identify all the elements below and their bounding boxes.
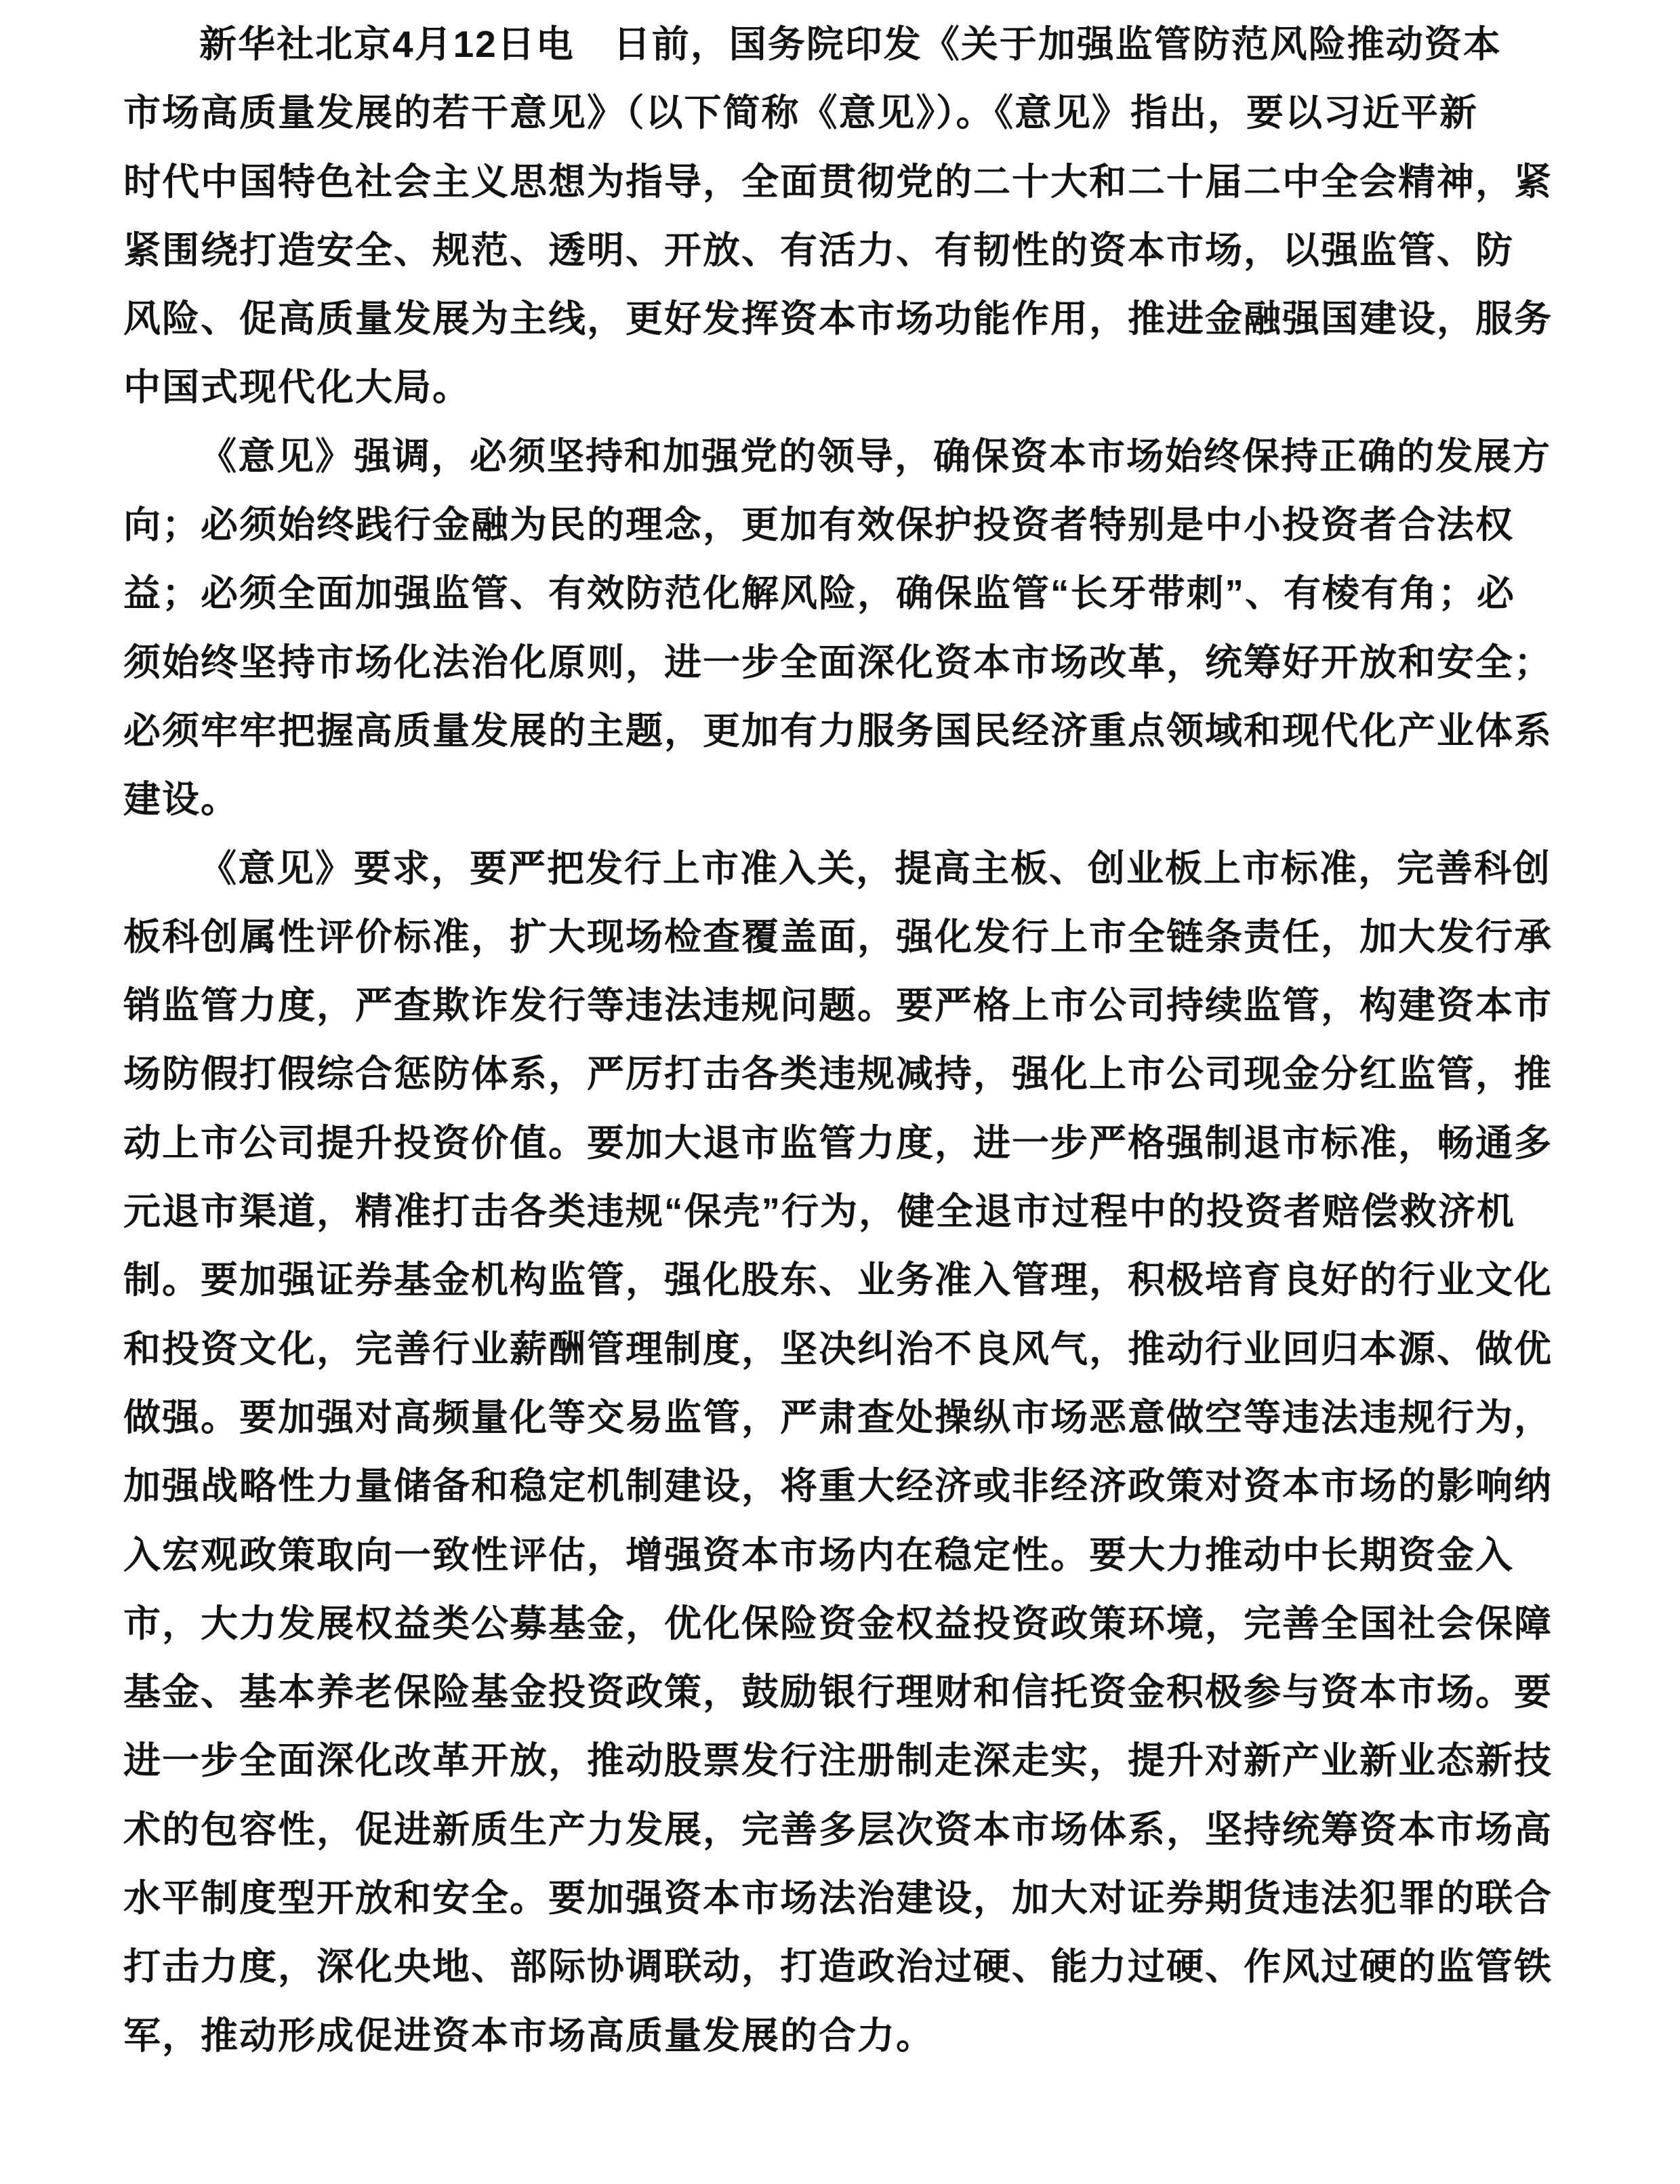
text-line: 入宏观政策取向一致性评估，增强资本市场内在稳定性。要大力推动中长期资金入 xyxy=(123,1521,1559,1590)
text-line: 新华社北京4月12日电 日前，国务院印发《关于加强监管防范风险推动资本 xyxy=(123,10,1559,79)
text-line: 板科创属性评价标准，扩大现场检查覆盖面，强化发行上市全链条责任，加大发行承 xyxy=(123,903,1559,971)
text-line: 军，推动形成促进资本市场高质量发展的合力。 xyxy=(123,2002,1559,2070)
text-line: 市场高质量发展的若干意见》（以下简称《意见》）。《意见》指出，要以习近平新 xyxy=(123,79,1559,147)
text-line: 紧围绕打造安全、规范、透明、开放、有活力、有韧性的资本市场，以强监管、防 xyxy=(123,216,1559,285)
text-line: 须始终坚持市场化法治化原则，进一步全面深化资本市场改革，统筹好开放和安全； xyxy=(123,628,1559,697)
text-line: 向；必须始终践行金融为民的理念，更加有效保护投资者特别是中小投资者合法权 xyxy=(123,491,1559,559)
text-line: 术的包容性，促进新质生产力发展，完善多层次资本市场体系，坚持统筹资本市场高 xyxy=(123,1796,1559,1864)
text-line: 《意见》要求，要严把发行上市准入关，提高主板、创业板上市标准，完善科创 xyxy=(123,834,1559,903)
paragraph: 《意见》强调，必须坚持和加强党的领导，确保资本市场始终保持正确的发展方向；必须始… xyxy=(123,422,1559,834)
article-body: 新华社北京4月12日电 日前，国务院印发《关于加强监管防范风险推动资本市场高质量… xyxy=(123,10,1559,2070)
text-line: 益；必须全面加强监管、有效防范化解风险，确保监管“长牙带刺”、有棱有角；必 xyxy=(123,559,1559,628)
text-line: 元退市渠道，精准打击各类违规“保壳”行为，健全退市过程中的投资者赔偿救济机 xyxy=(123,1177,1559,1246)
text-line: 动上市公司提升投资价值。要加大退市监管力度，进一步严格强制退市标准，畅通多 xyxy=(123,1109,1559,1177)
text-line: 销监管力度，严查欺诈发行等违法违规问题。要严格上市公司持续监管，构建资本市 xyxy=(123,971,1559,1040)
text-line: 做强。要加强对高频量化等交易监管，严肃查处操纵市场恶意做空等违法违规行为， xyxy=(123,1383,1559,1452)
text-line: 风险、促高质量发展为主线，更好发挥资本市场功能作用，推进金融强国建设，服务 xyxy=(123,285,1559,353)
text-line: 打击力度，深化央地、部际协调联动，打造政治过硬、能力过硬、作风过硬的监管铁 xyxy=(123,1933,1559,2001)
text-line: 中国式现代化大局。 xyxy=(123,353,1559,422)
text-line: 场防假打假综合惩防体系，严厉打击各类违规减持，强化上市公司现金分红监管，推 xyxy=(123,1040,1559,1108)
text-line: 《意见》强调，必须坚持和加强党的领导，确保资本市场始终保持正确的发展方 xyxy=(123,422,1559,491)
text-line: 时代中国特色社会主义思想为指导，全面贯彻党的二十大和二十届二中全会精神，紧 xyxy=(123,148,1559,216)
document-page: 新华社北京4月12日电 日前，国务院印发《关于加强监管防范风险推动资本市场高质量… xyxy=(0,0,1680,2184)
text-line: 和投资文化，完善行业薪酬管理制度，坚决纠治不良风气，推动行业回归本源、做优 xyxy=(123,1315,1559,1383)
text-line: 市，大力发展权益类公募基金，优化保险资金权益投资政策环境，完善全国社会保障 xyxy=(123,1590,1559,1658)
text-line: 基金、基本养老保险基金投资政策，鼓励银行理财和信托资金积极参与资本市场。要 xyxy=(123,1658,1559,1726)
text-line: 建设。 xyxy=(123,765,1559,834)
text-line: 进一步全面深化改革开放，推动股票发行注册制走深走实，提升对新产业新业态新技 xyxy=(123,1726,1559,1795)
text-line: 加强战略性力量储备和稳定机制建设，将重大经济或非经济政策对资本市场的影响纳 xyxy=(123,1452,1559,1520)
text-line: 水平制度型开放和安全。要加强资本市场法治建设，加大对证券期货违法犯罪的联合 xyxy=(123,1864,1559,1933)
paragraph: 新华社北京4月12日电 日前，国务院印发《关于加强监管防范风险推动资本市场高质量… xyxy=(123,10,1559,422)
paragraph: 《意见》要求，要严把发行上市准入关，提高主板、创业板上市标准，完善科创板科创属性… xyxy=(123,834,1559,2070)
text-line: 制。要加强证券基金机构监管，强化股东、业务准入管理，积极培育良好的行业文化 xyxy=(123,1246,1559,1314)
text-line: 必须牢牢把握高质量发展的主题，更加有力服务国民经济重点领域和现代化产业体系 xyxy=(123,697,1559,765)
